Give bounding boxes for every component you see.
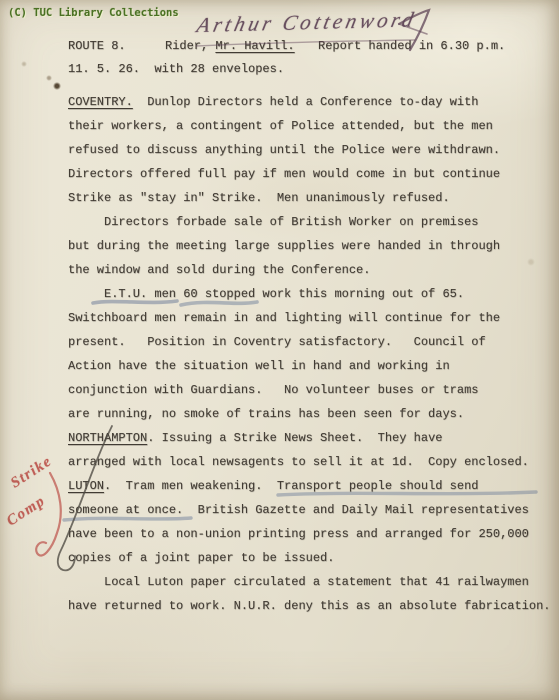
report-time-label: Report handed in 6.30 p.m. bbox=[318, 40, 505, 53]
rider-prefix: Rider, bbox=[165, 39, 215, 53]
typed-text: their workers, a contingent of Police at… bbox=[68, 119, 493, 133]
handwritten-signature: Arthur Cottenword bbox=[194, 7, 419, 38]
typed-text: Directors forbade sale of British Worker… bbox=[104, 215, 478, 229]
typed-line: Action have the situation well in hand a… bbox=[68, 360, 450, 373]
typed-line: the window and sold during the Conferenc… bbox=[68, 264, 370, 277]
date-envelopes-line: 11. 5. 26. with 28 envelopes. bbox=[68, 63, 284, 76]
typed-line: Directors offered full pay if men would … bbox=[68, 168, 500, 181]
margin-note-strike: Strike bbox=[8, 453, 56, 492]
typed-text: have returned to work. N.U.R. deny this … bbox=[68, 599, 550, 613]
typed-line: refused to discuss anything until the Po… bbox=[68, 144, 500, 157]
typed-line: someone at once. British Gazette and Dai… bbox=[68, 504, 529, 517]
typed-line: their workers, a contingent of Police at… bbox=[68, 120, 493, 133]
typed-text: Dunlop Directors held a Conference to-da… bbox=[133, 95, 479, 109]
margin-note-comp: Comp bbox=[4, 493, 49, 531]
typed-line: Strike as "stay in" Strike. Men unanimou… bbox=[68, 192, 450, 205]
typed-text: E.T.U. men 60 stopped work this morning … bbox=[104, 287, 464, 301]
typed-text: Local Luton paper circulated a statement… bbox=[104, 575, 529, 589]
typed-text: present. Position in Coventry satisfacto… bbox=[68, 335, 486, 349]
typed-text: arranged with local newsagents to sell i… bbox=[68, 455, 529, 469]
typed-line: COVENTRY. Dunlop Directors held a Confer… bbox=[68, 96, 478, 109]
place-heading: COVENTRY. bbox=[68, 95, 133, 109]
typed-line: NORTHAMPTON. Issuing a Strike News Sheet… bbox=[68, 432, 442, 445]
typed-text: Directors offered full pay if men would … bbox=[68, 167, 500, 181]
archive-copyright-stamp: (C) TUC Library Collections bbox=[8, 7, 179, 19]
typed-line: are running, no smoke of trains has been… bbox=[68, 408, 464, 421]
place-heading: LUTON bbox=[68, 479, 104, 493]
typed-line: Switchboard men remain in and lighting w… bbox=[68, 312, 500, 325]
typed-line: have returned to work. N.U.R. deny this … bbox=[68, 600, 550, 613]
typed-line: LUTON. Tram men weakening. Transport peo… bbox=[68, 480, 478, 493]
typed-text: have been to a non-union printing press … bbox=[68, 527, 529, 541]
typed-text: someone at once. British Gazette and Dai… bbox=[68, 503, 529, 517]
typed-text: copies of a joint paper to be issued. bbox=[68, 551, 334, 565]
typed-text: Strike as "stay in" Strike. Men unanimou… bbox=[68, 191, 450, 205]
typed-line: Local Luton paper circulated a statement… bbox=[104, 576, 529, 589]
typed-text: Action have the situation well in hand a… bbox=[68, 359, 450, 373]
typed-text: refused to discuss anything until the Po… bbox=[68, 143, 500, 157]
blue-underline-etu-2 bbox=[181, 302, 257, 305]
typed-text: . Tram men weakening. Transport people s… bbox=[104, 479, 478, 493]
typed-line: have been to a non-union printing press … bbox=[68, 528, 529, 541]
blue-underline-someone bbox=[64, 518, 191, 520]
typed-line: conjunction with Guardians. No volunteer… bbox=[68, 384, 478, 397]
typed-line: copies of a joint paper to be issued. bbox=[68, 552, 334, 565]
place-heading: NORTHAMPTON bbox=[68, 431, 147, 445]
typed-text: Switchboard men remain in and lighting w… bbox=[68, 311, 500, 325]
scanned-document-page: (C) TUC Library Collections ROUTE 8. Rid… bbox=[0, 0, 559, 700]
route-label: ROUTE 8. bbox=[68, 40, 126, 53]
typed-text: are running, no smoke of trains has been… bbox=[68, 407, 464, 421]
typed-text: but during the meeting large supplies we… bbox=[68, 239, 500, 253]
red-brace-stroke bbox=[36, 473, 61, 556]
blue-underline-etu-1 bbox=[93, 301, 177, 303]
pencil-check-stroke bbox=[58, 426, 112, 570]
typed-line: Directors forbade sale of British Worker… bbox=[104, 216, 478, 229]
typed-line: but during the meeting large supplies we… bbox=[68, 240, 500, 253]
rider-line: Rider, Mr. Havill. bbox=[165, 40, 295, 53]
typed-line: arranged with local newsagents to sell i… bbox=[68, 456, 529, 469]
typed-line: present. Position in Coventry satisfacto… bbox=[68, 336, 486, 349]
typed-text: conjunction with Guardians. No volunteer… bbox=[68, 383, 478, 397]
typed-text: the window and sold during the Conferenc… bbox=[68, 263, 370, 277]
typed-line: E.T.U. men 60 stopped work this morning … bbox=[104, 288, 464, 301]
typed-text: . Issuing a Strike News Sheet. They have bbox=[147, 431, 442, 445]
rider-name: Mr. Havill. bbox=[215, 39, 294, 53]
